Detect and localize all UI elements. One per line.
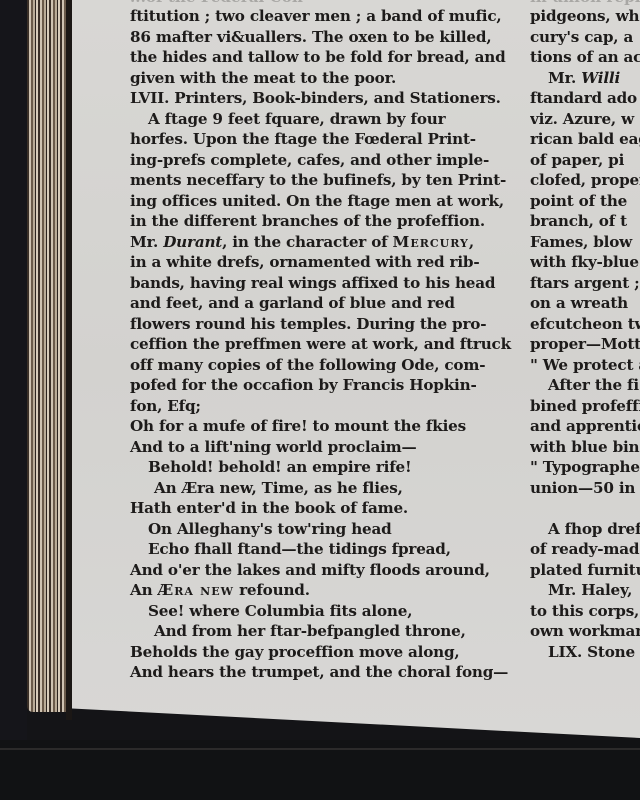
verse-line: And to a lift'ning world proclaim— — [130, 437, 500, 458]
verse-line: Hath enter'd in the book of fame. — [130, 498, 500, 519]
text-line: ing-prefs complete, cafes, and other imp… — [130, 150, 500, 171]
text-line: plated furniture, — [530, 560, 640, 581]
text-line: to this corps, ca — [530, 601, 640, 622]
right-column-lines-after: ftandard adoviz. Azure, wrican bald eago… — [530, 88, 640, 498]
left-column-lines: ftitution ; two cleaver men ; a band of … — [130, 6, 500, 232]
text-line: viz. Azure, w — [530, 109, 640, 130]
text-line: of ready-made — [530, 539, 640, 560]
verse-line: An Æra new, Time, as he flies, — [130, 478, 500, 499]
text-line: fon, Efq; — [130, 396, 500, 417]
text-line: pofed for the occafion by Francis Hopkin… — [130, 375, 500, 396]
text-line: and apprentices — [530, 416, 640, 437]
text-line: horfes. Upon the ftage the Fœderal Print… — [130, 129, 500, 150]
text-line: tions of an ac — [530, 47, 640, 68]
right-column-lines: pidgeons, whcury's cap, ations of an ac — [530, 6, 640, 68]
text-line: of paper, pi — [530, 150, 640, 171]
left-column: ftitution ; two cleaver men ; a band of … — [130, 6, 500, 683]
era-new-line: An Æra new refound. — [130, 580, 500, 601]
right-column-shop-section: A fhop dreffeof ready-madeplated furnitu… — [530, 519, 640, 663]
text-line: in the different branches of the profeff… — [130, 211, 500, 232]
text-line: union—50 in th — [530, 478, 640, 499]
verse-line: See! where Columbia fits alone, — [130, 601, 500, 622]
verse-line: Behold! behold! an empire rife! — [130, 457, 500, 478]
text-line: ing offices united. On the ftage men at … — [130, 191, 500, 212]
text-line: and feet, and a garland of blue and red — [130, 293, 500, 314]
book-page-edges — [27, 0, 71, 712]
text-line: rican bald eag — [530, 129, 640, 150]
text-line: pidgeons, wh — [530, 6, 640, 27]
text-line: ftandard ado — [530, 88, 640, 109]
background-left — [0, 0, 27, 800]
text-line: bined profeffion — [530, 396, 640, 417]
text-line: cury's cap, a — [530, 27, 640, 48]
text-line: Fames, blow — [530, 232, 640, 253]
text-line: After the fi — [530, 375, 640, 396]
text-line: ftitution ; two cleaver men ; a band of … — [130, 6, 500, 27]
text-line: point of the — [530, 191, 640, 212]
left-column-lines-after: in a white drefs, ornamented with red ri… — [130, 252, 500, 416]
verse-line: Beholds the gay proceffion move along, — [130, 642, 500, 663]
text-line: flowers round his temples. During the pr… — [130, 314, 500, 335]
text-line: proper—Motto — [530, 334, 640, 355]
right-column: pidgeons, whcury's cap, ations of an ac … — [530, 6, 640, 662]
verse-line: Oh for a mufe of fire! to mount the fkie… — [130, 416, 500, 437]
text-line: off many copies of the following Ode, co… — [130, 355, 500, 376]
text-line: " Typographer, — [530, 457, 640, 478]
text-line: ftars argent ; o — [530, 273, 640, 294]
verse-line: Echo fhall ftand—the tidings fpread, — [130, 539, 500, 560]
text-line: in a white drefs, ornamented with red ri… — [130, 252, 500, 273]
verse-line: And hears the trumpet, and the choral fo… — [130, 662, 500, 683]
text-line: branch, of t — [530, 211, 640, 232]
text-line: 86 mafter vi&uallers. The oxen to be kil… — [130, 27, 500, 48]
text-line: ments neceffary to the bufinefs, by ten … — [130, 170, 500, 191]
verse-line: And o'er the lakes and mifty floods arou… — [130, 560, 500, 581]
text-line: " We protect a — [530, 355, 640, 376]
text-line: efcutcheon tw — [530, 314, 640, 335]
text-line: bands, having real wings affixed to his … — [130, 273, 500, 294]
text-line: the hides and tallow to be fold for brea… — [130, 47, 500, 68]
text-line: clofed, proper — [530, 170, 640, 191]
text-line: LVII. Printers, Book-binders, and Statio… — [130, 88, 500, 109]
binding-shadow — [66, 0, 72, 720]
text-line: LIX. Stone — [530, 642, 640, 663]
william-line: Mr. Willi — [530, 68, 640, 89]
ode-verse-end: See! where Columbia fits alone,And from … — [130, 601, 500, 683]
durant-line: Mr. Durant, in the character of Mercury, — [130, 232, 500, 253]
ode-verse: Oh for a mufe of fire! to mount the fkie… — [130, 416, 500, 580]
text-line: ceffion the preffmen were at work, and f… — [130, 334, 500, 355]
verse-line: On Alleghany's tow'ring head — [130, 519, 500, 540]
text-line: with fky-blue — [530, 252, 640, 273]
text-line: on a wreath — [530, 293, 640, 314]
table-edge — [0, 748, 640, 750]
verse-line: And from her ftar-befpangled throne, — [130, 621, 500, 642]
section-gap — [530, 498, 640, 519]
text-line: A ftage 9 feet fquare, drawn by four — [130, 109, 500, 130]
text-line: with blue bin — [530, 437, 640, 458]
text-line: given with the meat to the poor. — [130, 68, 500, 89]
text-line: A fhop dreffe — [530, 519, 640, 540]
text-line: own workmanfhi — [530, 621, 640, 642]
text-line: Mr. Haley, — [530, 580, 640, 601]
